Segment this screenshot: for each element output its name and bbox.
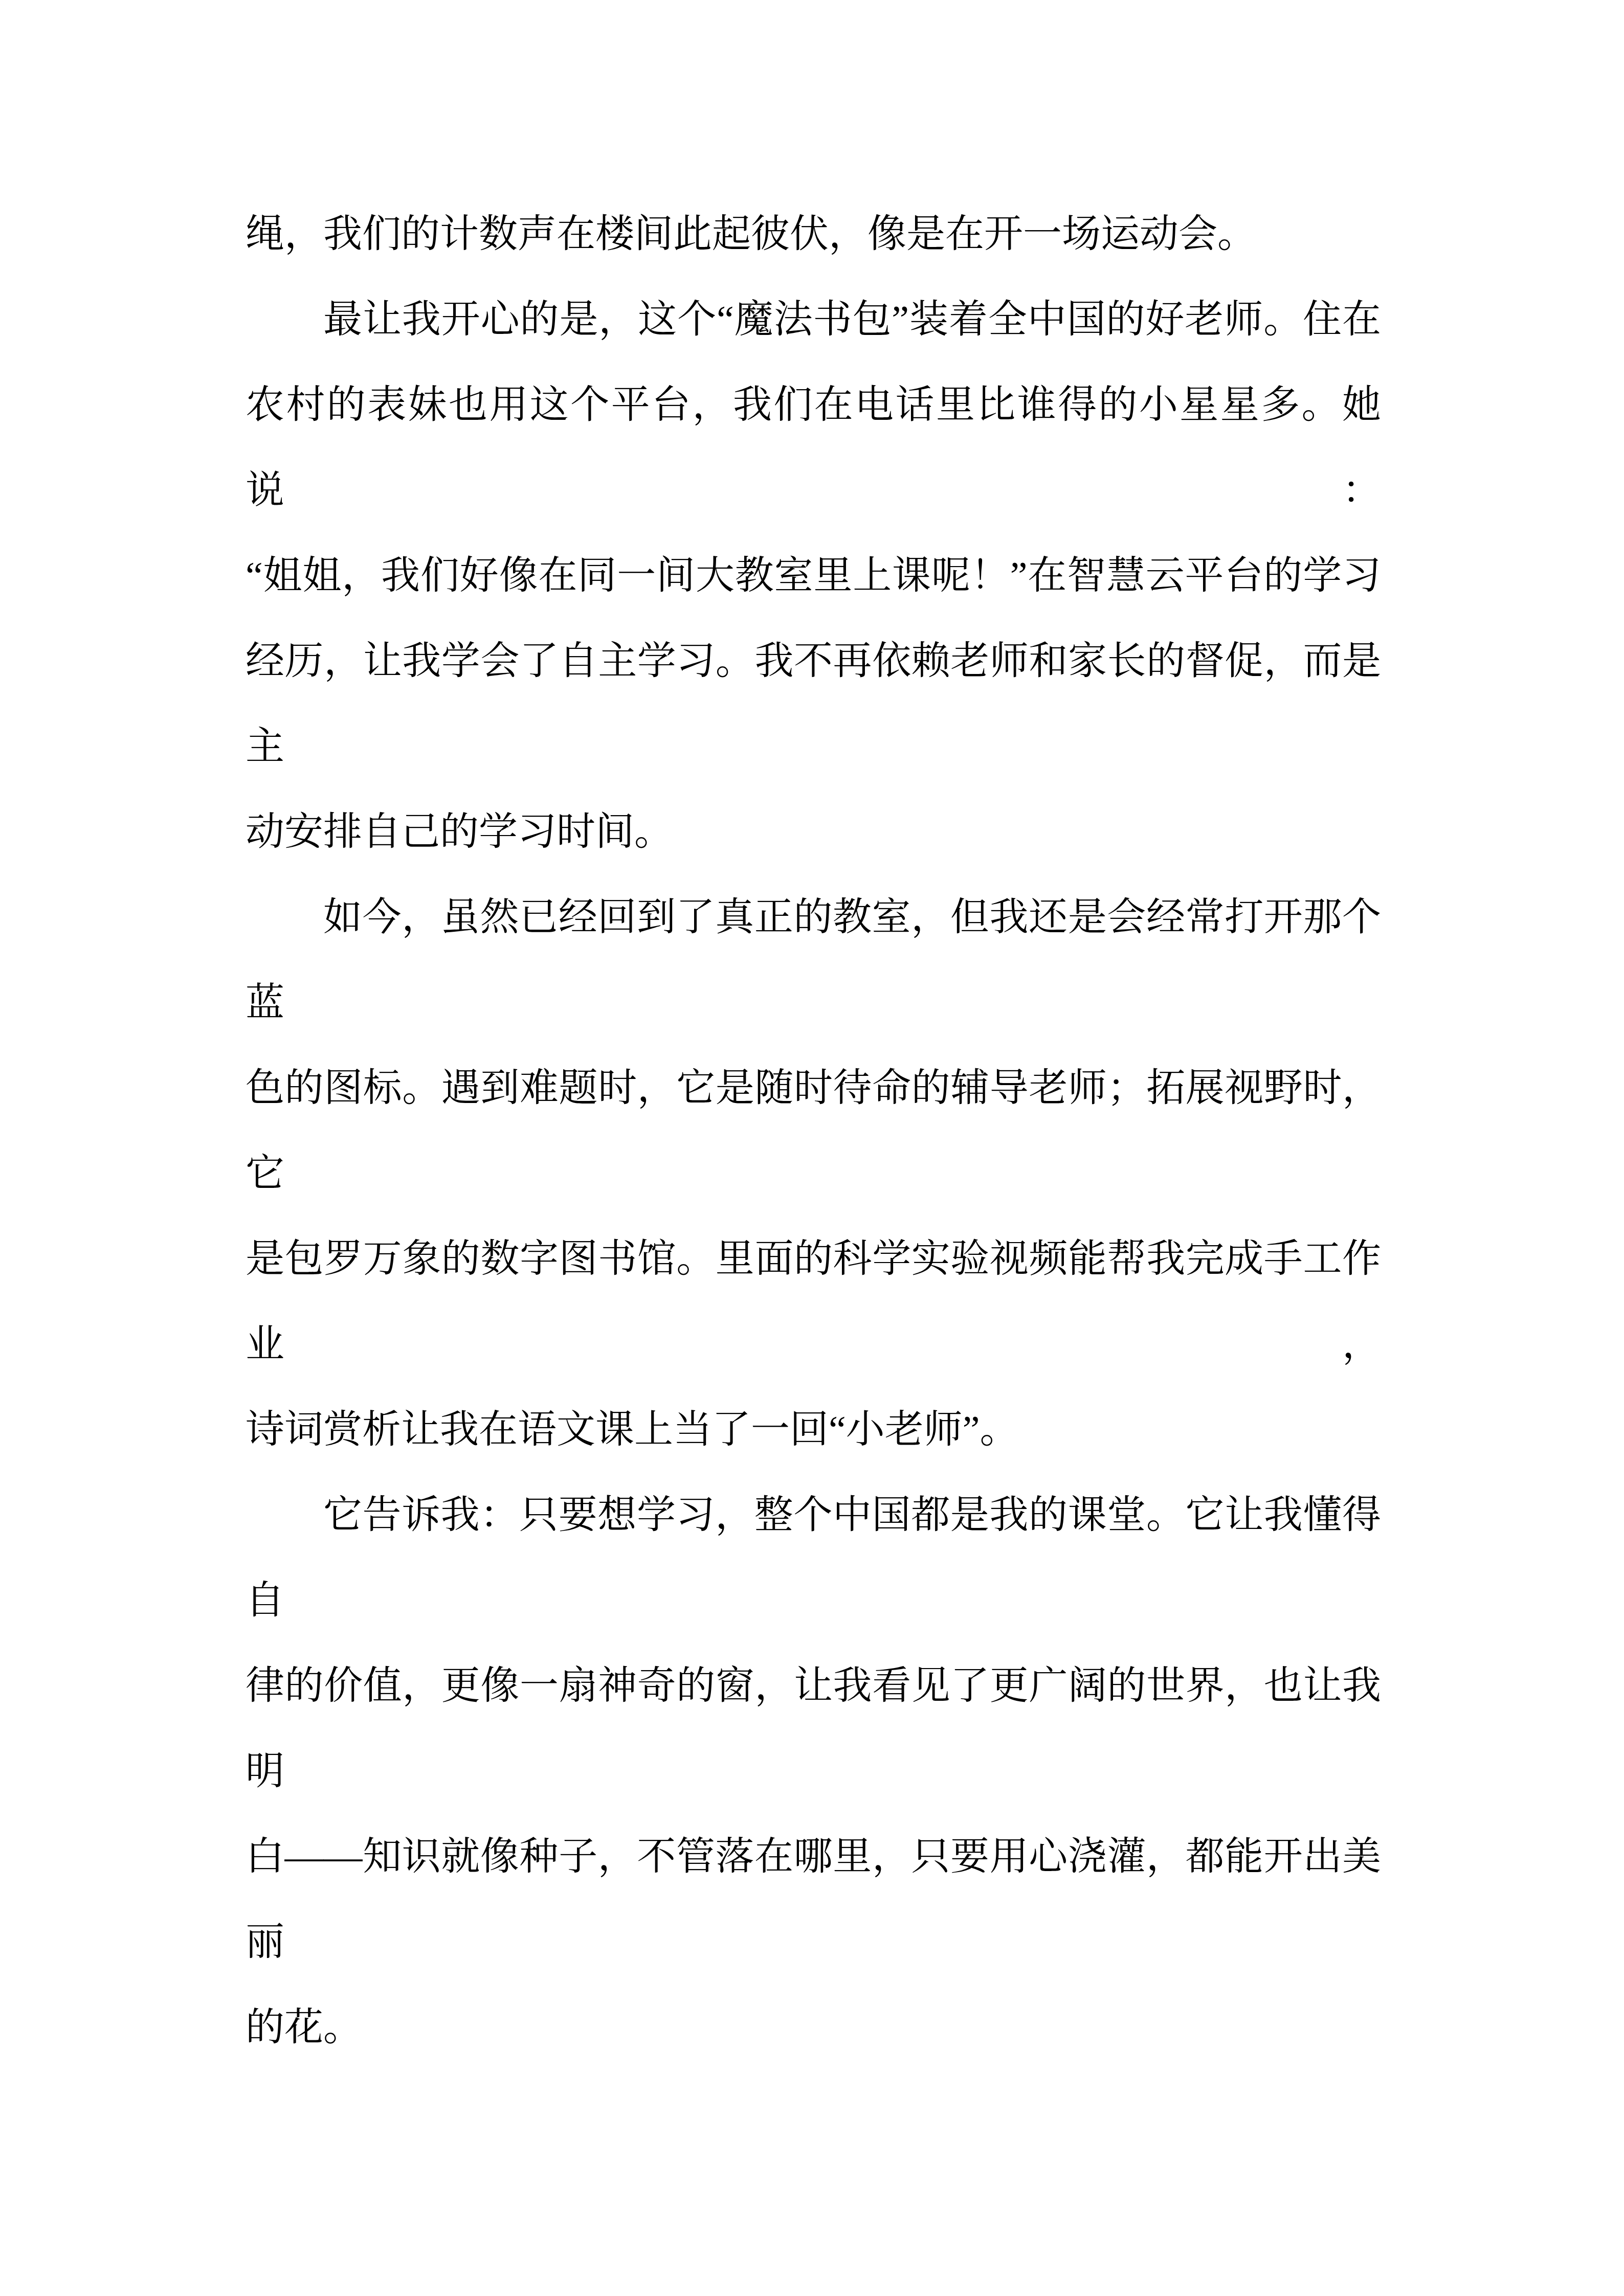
text-line: 经历，让我学会了自主学习。我不再依赖老师和家长的督促，而是主	[246, 619, 1381, 790]
paragraph: 绳，我们的计数声在楼间此起彼伏，像是在开一场运动会。	[246, 192, 1381, 277]
text-line: 它告诉我：只要想学习，整个中国都是我的课堂。它让我懂得自	[246, 1473, 1381, 1644]
text-line: 绳，我们的计数声在楼间此起彼伏，像是在开一场运动会。	[246, 192, 1381, 277]
text-line: 如今，虽然已经回到了真正的教室，但我还是会经常打开那个蓝	[246, 875, 1381, 1046]
text-line: “姐姐，我们好像在同一间大教室里上课呢！”在智慧云平台的学习	[246, 533, 1381, 619]
text-line: 律的价值，更像一扇神奇的窗，让我看见了更广阔的世界，也让我明	[246, 1644, 1381, 1814]
text-line: 动安排自己的学习时间。	[246, 790, 1381, 875]
text-line: 的花。	[246, 1985, 1381, 2070]
text-line: 白——知识就像种子，不管落在哪里，只要用心浇灌，都能开出美丽	[246, 1814, 1381, 1985]
paragraph: 如今，虽然已经回到了真正的教室，但我还是会经常打开那个蓝 色的图标。遇到难题时，…	[246, 875, 1381, 1473]
document-body: 绳，我们的计数声在楼间此起彼伏，像是在开一场运动会。 最让我开心的是，这个“魔法…	[246, 192, 1381, 2070]
paragraph: 最让我开心的是，这个“魔法书包”装着全中国的好老师。住在 农村的表妹也用这个平台…	[246, 277, 1381, 875]
text-line: 最让我开心的是，这个“魔法书包”装着全中国的好老师。住在	[246, 277, 1381, 363]
text-line: 农村的表妹也用这个平台，我们在电话里比谁得的小星星多。她说：	[246, 363, 1381, 533]
document-page: 绳，我们的计数声在楼间此起彼伏，像是在开一场运动会。 最让我开心的是，这个“魔法…	[0, 0, 1624, 2296]
paragraph: 它告诉我：只要想学习，整个中国都是我的课堂。它让我懂得自 律的价值，更像一扇神奇…	[246, 1473, 1381, 2070]
text-line: 是包罗万象的数字图书馆。里面的科学实验视频能帮我完成手工作业，	[246, 1217, 1381, 1387]
text-line: 色的图标。遇到难题时，它是随时待命的辅导老师；拓展视野时，它	[246, 1046, 1381, 1217]
text-line: 诗词赏析让我在语文课上当了一回“小老师”。	[246, 1387, 1381, 1473]
